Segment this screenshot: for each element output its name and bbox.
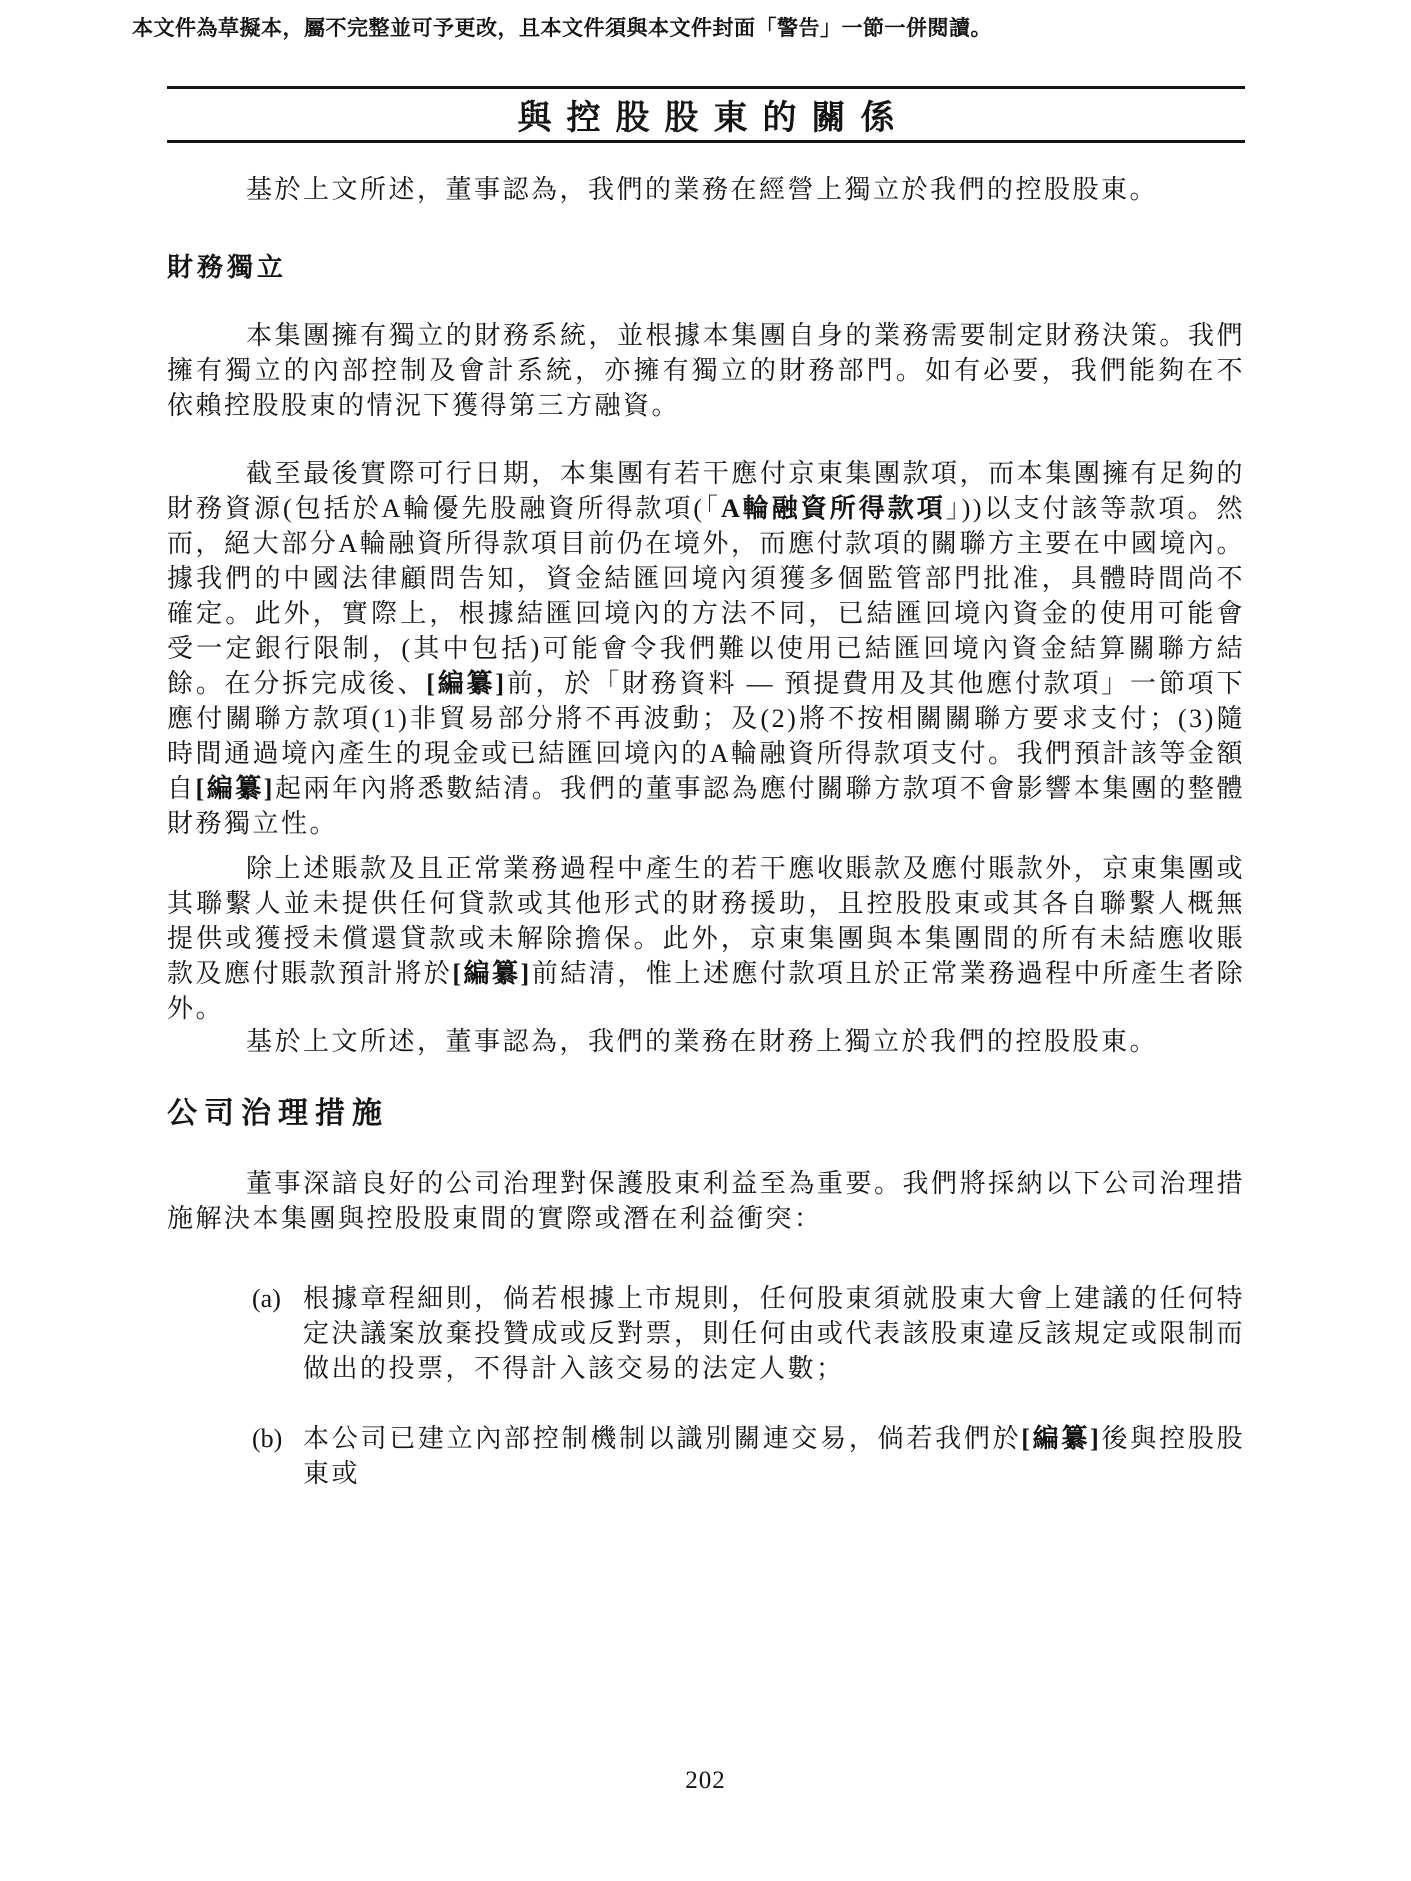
heading-corporate-governance: 公司治理措施 [167,1088,1245,1132]
defined-term-bold: A輪融資所得款項 [721,494,946,523]
text-segment: 起兩年內將悉數結清。我們的董事認為應付關聯方款項不會影響本集團的整體財務獨立性。 [167,774,1245,838]
redacted-placeholder: [編纂] [426,669,506,698]
text-segment: 」))以支付該等款項。然而，絕大部分A輪融資所得款項目前仍在境外，而應付款項的關… [167,494,1245,698]
paragraph-no-loans: 除上述賬款及且正常業務過程中產生的若干應收賬款及應付賬款外，京東集團或其聯繫人並… [167,851,1245,1026]
paragraph-operational-independence: 基於上文所述，董事認為，我們的業務在經營上獨立於我們的控股股東。 [167,172,1245,207]
redacted-placeholder: [編纂] [452,959,531,988]
list-item-a: (a) 根據章程細則，倘若根據上市規則，任何股東須就股東大會上建議的任何特定決議… [167,1281,1245,1386]
redacted-placeholder: [編纂] [196,774,275,803]
paragraph-governance-intro: 董事深諳良好的公司治理對保護股東利益至為重要。我們將採納以下公司治理措施解決本集… [167,1166,1245,1236]
heading-financial-independence: 財務獨立 [167,247,1245,284]
list-text-a: 根據章程細則，倘若根據上市規則，任何股東須就股東大會上建議的任何特定決議案放棄投… [303,1284,1245,1383]
text-segment: 本公司已建立內部控制機制以識別關連交易，倘若我們於 [303,1424,1021,1453]
document-page: 本文件為草擬本，屬不完整並可予更改，且本文件須與本文件封面「警告」一節一併閱讀。… [0,0,1411,1881]
list-label-a: (a) [252,1281,281,1316]
redacted-placeholder: [編纂] [1021,1424,1101,1453]
paragraph-financial-independence-conclusion: 基於上文所述，董事認為，我們的業務在財務上獨立於我們的控股股東。 [167,1024,1245,1059]
page-number: 202 [0,1767,1411,1795]
list-label-b: (b) [252,1421,282,1456]
draft-disclaimer: 本文件為草擬本，屬不完整並可予更改，且本文件須與本文件封面「警告」一節一併閱讀。 [132,12,1232,42]
paragraph-financial-systems: 本集團擁有獨立的財務系統，並根據本集團自身的業務需要制定財務決策。我們擁有獨立的… [167,318,1245,423]
paragraph-payables-to-jd: 截至最後實際可行日期，本集團有若干應付京東集團款項，而本集團擁有足夠的財務資源(… [167,456,1245,841]
list-text-b: 本公司已建立內部控制機制以識別關連交易，倘若我們於[編纂]後與控股股東或 [303,1424,1245,1488]
page-title: 與控股股東的關係 [503,90,910,139]
list-item-b: (b) 本公司已建立內部控制機制以識別關連交易，倘若我們於[編纂]後與控股股東或 [167,1421,1245,1491]
title-band: 與控股股東的關係 [167,86,1245,143]
